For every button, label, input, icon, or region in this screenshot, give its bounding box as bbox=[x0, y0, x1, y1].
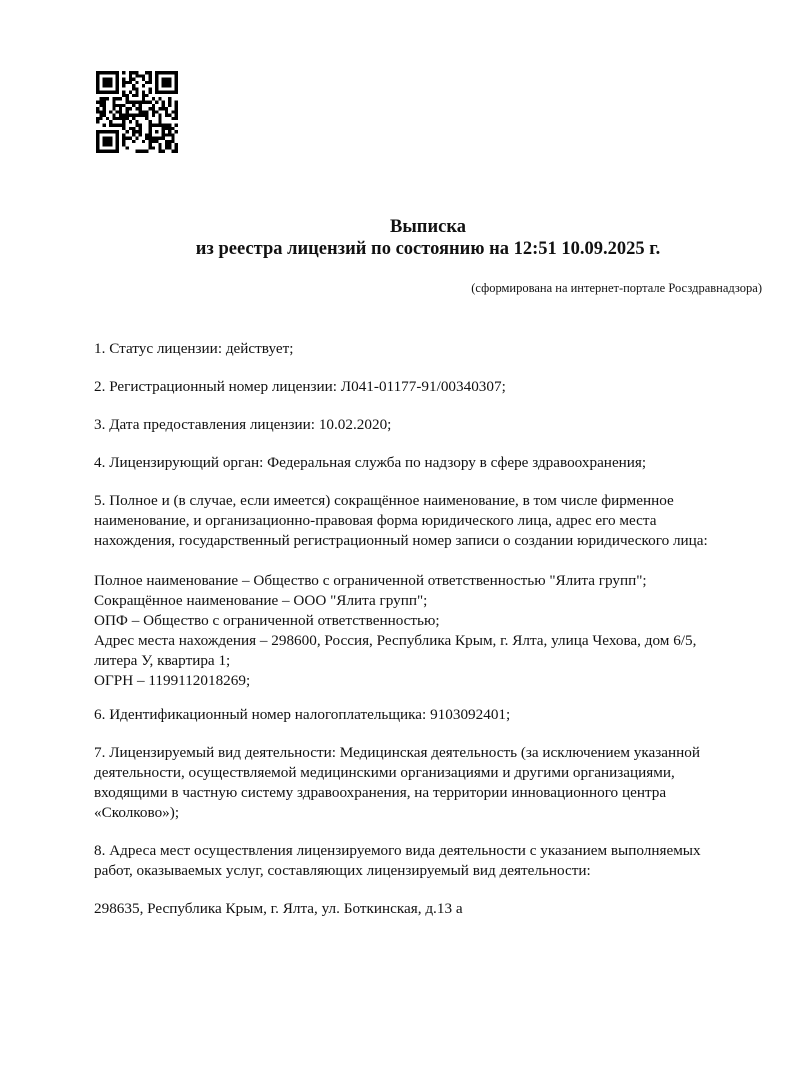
document-subtitle: из реестра лицензий по состоянию на 12:5… bbox=[0, 238, 800, 260]
document-title: Выписка bbox=[0, 216, 800, 238]
qr-code-icon bbox=[96, 71, 178, 153]
licensing-authority: 4. Лицензирующий орган: Федеральная служ… bbox=[94, 453, 774, 473]
ogrn: ОГРН – 1199112018269; bbox=[94, 671, 774, 691]
source-note: (сформирована на интернет-портале Росздр… bbox=[471, 280, 762, 296]
legal-address: Адрес места нахождения – 298600, Россия,… bbox=[94, 631, 774, 651]
short-name: Сокращённое наименование – ООО "Ялита гр… bbox=[94, 591, 774, 611]
inn: 6. Идентификационный номер налогоплатель… bbox=[94, 705, 774, 725]
legal-form: ОПФ – Общество с ограниченной ответствен… bbox=[94, 611, 774, 631]
entity-heading: 5. Полное и (в случае, если имеется) сок… bbox=[94, 491, 774, 551]
licensed-activity: 7. Лицензируемый вид деятельности: Медиц… bbox=[94, 743, 774, 823]
license-issue-date: 3. Дата предоставления лицензии: 10.02.2… bbox=[94, 415, 774, 435]
activity-address: 298635, Республика Крым, г. Ялта, ул. Бо… bbox=[94, 899, 774, 919]
legal-address-cont: литера У, квартира 1; bbox=[94, 651, 774, 671]
license-status: 1. Статус лицензии: действует; bbox=[94, 339, 774, 359]
license-reg-number: 2. Регистрационный номер лицензии: Л041-… bbox=[94, 377, 774, 397]
addresses-heading: 8. Адреса мест осуществления лицензируем… bbox=[94, 841, 774, 881]
entity-details: Полное наименование – Общество с огранич… bbox=[94, 571, 774, 691]
full-name: Полное наименование – Общество с огранич… bbox=[94, 571, 774, 591]
